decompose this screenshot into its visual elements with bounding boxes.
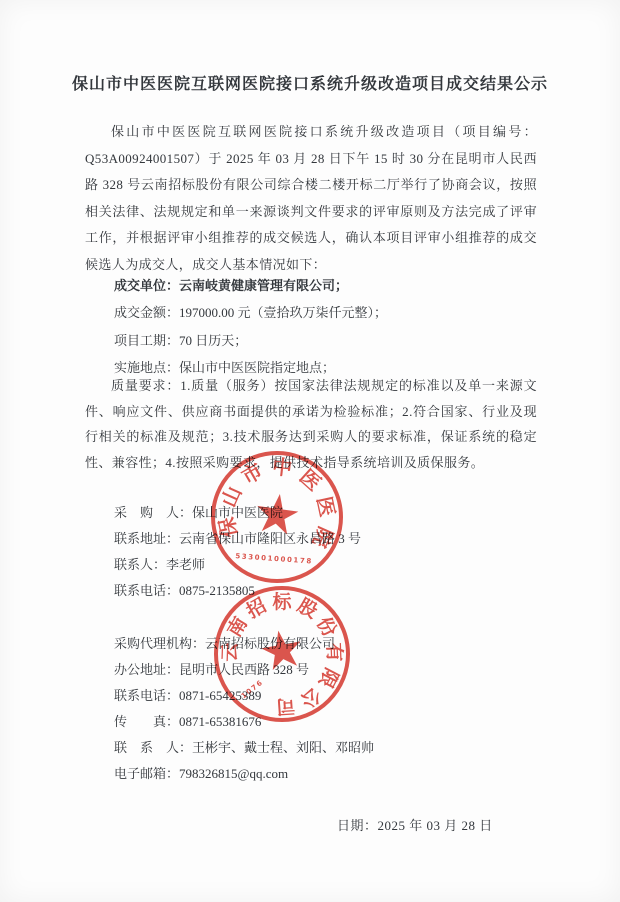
row-label: 项目工期： (114, 333, 179, 348)
award-info-list: 成交单位：云南岐黄健康管理有限公司；成交金额：197000.00 元（壹拾玖万柒… (114, 272, 387, 382)
page-title: 保山市中医医院互联网医院接口系统升级改造项目成交结果公示 (0, 71, 620, 94)
label-value-row: 电子邮箱：798326815@qq.com (114, 761, 374, 787)
label-value-row: 采购代理机构：云南招标股份有限公司 (114, 631, 374, 657)
row-label: 传 真： (114, 714, 179, 729)
label-value-row: 联系电话：0875-2135805 (114, 578, 361, 604)
row-value: 云南招标股份有限公司 (205, 636, 335, 651)
row-label: 采 购 人： (114, 505, 192, 520)
label-value-row: 成交单位：云南岐黄健康管理有限公司； (114, 272, 387, 299)
label-value-row: 联系电话：0871-65425389 (114, 683, 374, 709)
row-value: 0871-65381676 (179, 714, 261, 729)
row-value: 李老师 (166, 557, 205, 572)
row-value: 197000.00 元（壹拾玖万柒仟元整）； (179, 305, 387, 320)
label-value-row: 联系人：李老师 (114, 552, 361, 578)
row-value: 昆明市人民西路 328 号 (179, 662, 309, 677)
intro-paragraph: 保山市中医医院互联网医院接口系统升级改造项目（项目编号：Q53A00924001… (85, 119, 537, 278)
label-value-row: 采 购 人：保山市中医医院 (114, 500, 361, 526)
label-value-row: 联系地址：云南省保山市隆阳区永昌路 3 号 (114, 526, 361, 552)
row-value: 王彬宇、戴士程、刘阳、邓昭帅 (192, 740, 374, 755)
row-label: 成交单位： (114, 278, 179, 293)
label-value-row: 项目工期：70 日历天； (114, 327, 387, 354)
row-value: 0875-2135805 (179, 583, 255, 598)
row-label: 联系电话： (114, 688, 179, 703)
row-label: 办公地址： (114, 662, 179, 677)
row-label: 联系人： (114, 557, 166, 572)
row-value: 保山市中医医院 (192, 505, 283, 520)
row-value: 云南岐黄健康管理有限公司； (179, 278, 348, 293)
row-label: 电子邮箱： (114, 766, 179, 781)
label-value-row: 成交金额：197000.00 元（壹拾玖万柒仟元整）； (114, 299, 387, 326)
label-value-row: 联 系 人：王彬宇、戴士程、刘阳、邓昭帅 (114, 735, 374, 761)
label-value-row: 传 真：0871-65381676 (114, 709, 374, 735)
agency-contact-list: 采购代理机构：云南招标股份有限公司办公地址：昆明市人民西路 328 号联系电话：… (114, 631, 374, 787)
row-label: 联 系 人： (114, 740, 192, 755)
row-value: 云南省保山市隆阳区永昌路 3 号 (179, 531, 361, 546)
row-label: 成交金额： (114, 305, 179, 320)
row-label: 采购代理机构： (114, 636, 205, 651)
row-value: 798326815@qq.com (179, 766, 288, 781)
row-value: 0871-65425389 (179, 688, 261, 703)
buyer-contact-list: 采 购 人：保山市中医医院联系地址：云南省保山市隆阳区永昌路 3 号联系人：李老… (114, 500, 361, 604)
quality-requirements-paragraph: 质量要求：1.质量（服务）按国家法律法规规定的标准以及单一来源文件、响应文件、供… (85, 373, 537, 475)
row-label: 联系地址： (114, 531, 179, 546)
document-page: 保山市中医医院互联网医院接口系统升级改造项目成交结果公示 保山市中医医院互联网医… (0, 0, 620, 902)
label-value-row: 办公地址：昆明市人民西路 328 号 (114, 657, 374, 683)
row-value: 70 日历天； (179, 333, 247, 348)
date-line: 日期：2025 年 03 月 28 日 (337, 815, 493, 834)
row-label: 联系电话： (114, 583, 179, 598)
